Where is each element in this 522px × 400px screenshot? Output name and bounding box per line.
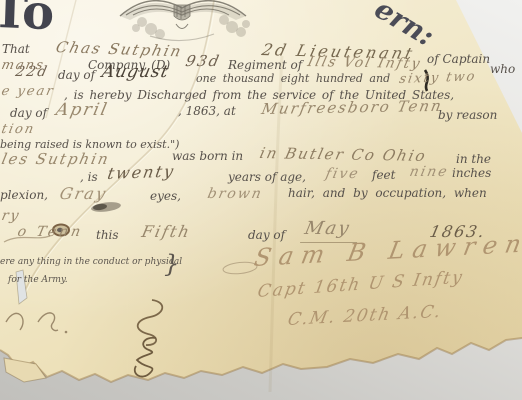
- entry-place-frag: o Tenn: [16, 224, 85, 240]
- form-text-year-at: , 1863, at: [178, 104, 236, 118]
- form-text-day-of-2: day of: [10, 106, 47, 120]
- entry-birthplace: in Butler Co Ohio: [258, 144, 429, 165]
- form-text-is: , is: [80, 170, 98, 184]
- form-text-this: this: [96, 228, 119, 242]
- form-text-eyes: eyes,: [150, 189, 181, 203]
- entry-reason-frag: tion: [0, 122, 37, 137]
- entry-regiment-number: 93d: [184, 52, 223, 70]
- form-text-was-born-in: was born in: [172, 149, 243, 163]
- form-text-complexion-frag: plexion,: [0, 188, 48, 202]
- photo-of-document: To ern: That Chas Sutphin 2d Lieutenant …: [0, 0, 522, 400]
- fine-print-brace: }: [164, 250, 179, 278]
- entry-enlist-day: 22d: [14, 64, 50, 80]
- form-text-day-of-3: day of: [248, 228, 285, 242]
- form-text-who: who: [490, 62, 515, 76]
- entry-year-written: sixty two: [398, 69, 478, 87]
- entry-eye-color: Gray: [58, 184, 109, 203]
- form-text-hair-clause: hair, and by occupation, when: [288, 186, 487, 200]
- entry-unit: Ills Vol Infty: [306, 54, 423, 72]
- entry-discharge-place: Murfreesboro Tenn: [260, 97, 444, 118]
- fine-print-line2: for the Army.: [8, 275, 68, 285]
- form-text-in-the: in the: [456, 152, 491, 166]
- entry-height-feet: five: [324, 166, 361, 182]
- form-text-of-captain: of Captain: [427, 52, 490, 66]
- entry-frag-ry: ry: [0, 208, 22, 224]
- signature-corps: C.M. 20th A.C.: [286, 302, 444, 330]
- form-text-by-reason: by reason: [438, 108, 497, 122]
- document-text-layer: To ern: That Chas Sutphin 2d Lieutenant …: [0, 0, 522, 400]
- entry-hair-color: brown: [206, 186, 264, 202]
- entry-enlist-month: August: [100, 62, 171, 82]
- entry-discharge-month: April: [54, 100, 110, 120]
- form-text-inches: inches: [452, 166, 491, 180]
- form-text-that: That: [2, 42, 30, 56]
- signature-rank: Capt 16th U S Infty: [256, 267, 465, 302]
- form-text-feet: feet: [372, 168, 395, 182]
- entry-age: twenty: [106, 162, 177, 183]
- form-text-years-of-age: years of age,: [228, 170, 306, 184]
- entry-height-inches: nine: [408, 164, 450, 180]
- heading-ornate-left: To: [0, 0, 55, 41]
- form-text-regiment-of: Regiment of: [228, 58, 302, 72]
- form-text-year-printed: one thousand eight hundred and: [196, 72, 390, 85]
- entry-given-day: Fifth: [140, 222, 193, 241]
- entry-year-frag: e year: [0, 84, 56, 99]
- form-text-day-of-1: day of: [58, 68, 95, 82]
- entry-name-frag: les Sutphin: [0, 150, 112, 168]
- signature-name: Sam B Lawrence: [252, 227, 522, 272]
- fine-print-line1: ere any thing in the conduct or physical: [0, 257, 182, 267]
